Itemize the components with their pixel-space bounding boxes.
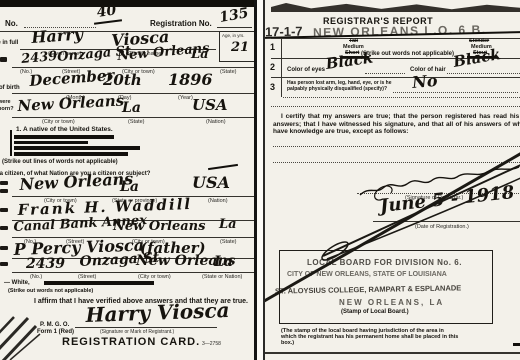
registrant-signature-line xyxy=(75,327,217,328)
card-title: REGISTRATION CARD. xyxy=(62,336,200,348)
citizenship-bracket xyxy=(10,130,12,156)
registration-date-caption: (Date of Registration.) xyxy=(415,224,469,230)
registration-date-value: June 5 - 1918 xyxy=(379,182,516,217)
row3-top-rule xyxy=(271,77,520,78)
father-birthplace-nation-value: USA xyxy=(192,173,230,192)
address-state-value: La xyxy=(191,47,209,62)
father-birthplace-label-fragment-2 xyxy=(0,189,8,193)
struck-option-1 xyxy=(14,135,114,139)
dob-day-value: 20th xyxy=(103,71,142,89)
board-stamp-line2: CITY OF NEW ORLEANS, STATE OF LOUISIANA xyxy=(287,271,447,278)
birthplace-line xyxy=(12,117,254,118)
relative-address-label-fragment xyxy=(0,262,8,266)
birthplace-nation-value: USA xyxy=(192,96,228,114)
row1-strike-note: (Strike out words not applicable) xyxy=(361,51,454,57)
edge-print-mark xyxy=(513,343,520,346)
form-label: Form 1 (Red) xyxy=(37,329,74,335)
employment-state-caption: (State) xyxy=(220,239,237,245)
address-line xyxy=(12,67,254,68)
relative-address-no-caption: (No.) xyxy=(30,274,42,280)
registration-no-line xyxy=(217,27,252,28)
birthplace-city-value: New Orleans xyxy=(17,91,124,115)
eyes-answer-line xyxy=(365,73,405,74)
eyes-label: Color of eyes xyxy=(287,67,325,73)
scan-edge-bar xyxy=(0,0,254,7)
board-stamp-line4: NEW ORLEANS, LA xyxy=(339,298,444,307)
address-state-caption: (State) xyxy=(220,69,237,75)
certification-text: I certify that my answers are true; that… xyxy=(273,113,520,136)
hair-value: Black xyxy=(452,45,502,71)
dob-line xyxy=(12,93,254,94)
struck-option-2 xyxy=(14,141,88,144)
board-stamp-note: (The stamp of the local board having jur… xyxy=(281,328,459,346)
registration-date-line xyxy=(373,221,520,222)
relative-address-state-value: La xyxy=(214,254,233,270)
torn-edge-strip xyxy=(271,3,520,12)
born-field-label-fragment-1: were xyxy=(0,99,11,105)
dob-field-label-fragment: e of birth xyxy=(0,85,20,91)
age-label: Age, in yrs. xyxy=(222,33,245,38)
relative-address-line xyxy=(12,272,254,273)
board-stamp-line1: LOCAL BOARD FOR DIVISION No. 6. xyxy=(307,258,462,267)
row3-number: 3 xyxy=(270,82,275,92)
given-name-value: Harry xyxy=(31,24,84,47)
employment-state-value: La xyxy=(219,217,237,232)
citizen-question-answer-dash xyxy=(208,164,238,170)
registration-card: No. 40 Registration No. 135 me in full H… xyxy=(0,0,257,360)
bottom-rule xyxy=(265,352,520,354)
citizenship-strike-note: (Strike out lines of words not applicabl… xyxy=(2,159,118,165)
birthplace-city-caption: (City or town) xyxy=(42,119,75,125)
except-line-2 xyxy=(273,162,520,163)
relative-address-no-value: 2439 xyxy=(26,256,65,272)
registrars-report: REGISTRAR'S REPORT 17-1-7 NEW ORLEANS L.… xyxy=(263,0,520,360)
employment-place-label-fragment xyxy=(0,226,8,230)
birthplace-state-value: La xyxy=(122,100,141,116)
section-dotted-rule xyxy=(271,106,520,107)
race-struck-options xyxy=(44,281,154,285)
address-no-value: 2439 xyxy=(21,49,58,67)
relative-address-street-caption: (Street) xyxy=(78,274,96,280)
race-white-option: — White, xyxy=(4,280,30,286)
birthplace-nation-caption: (Nation) xyxy=(206,119,226,125)
registrant-signature: Harry Viosca xyxy=(85,298,230,327)
employer-label-fragment xyxy=(0,208,8,212)
citizenship-native-option: 1. A native of the United States. xyxy=(16,126,113,133)
dob-month-value: December xyxy=(29,66,115,90)
serial-no-value: 40 xyxy=(96,2,118,21)
eyes-value: Black xyxy=(324,49,374,73)
print-code: 3—2758 xyxy=(202,341,221,347)
disqualified-question-line2: palpably physically disqualified (specif… xyxy=(287,86,387,92)
birthplace-state-caption: (State) xyxy=(128,119,145,125)
disqualified-answer: No xyxy=(411,71,438,92)
row3-bottom-rule xyxy=(283,97,520,98)
registration-no-value: 135 xyxy=(218,5,250,26)
row1-number: 1 xyxy=(270,42,275,52)
struck-option-3 xyxy=(14,146,140,150)
number-column-rule xyxy=(281,38,282,97)
hair-answer-line xyxy=(447,73,520,74)
race-strike-note: (Strike out words not applicable) xyxy=(8,288,93,294)
relative-label-fragment xyxy=(0,246,8,250)
age-value: 21 xyxy=(231,40,249,55)
name-field-label-fragment: me in full xyxy=(0,40,18,46)
dob-year-value: 1896 xyxy=(168,70,213,89)
father-birthplace-label-fragment xyxy=(0,181,8,185)
father-birthplace-nation-caption: (Nation) xyxy=(208,198,228,204)
disqualified-answer-line xyxy=(393,92,518,93)
struck-option-4 xyxy=(14,152,128,156)
except-line-1 xyxy=(273,146,520,147)
serial-no-label: No. xyxy=(5,19,18,28)
born-field-label-fragment-2: born? xyxy=(0,106,14,112)
dob-year-caption: (Year) xyxy=(178,95,193,101)
pmgo-label: P. M. G. O. xyxy=(40,322,69,328)
address-field-label-fragment xyxy=(0,57,7,62)
employment-city-value: New Orleans xyxy=(113,219,205,234)
relative-address-state-caption: (State or Nation) xyxy=(202,274,242,280)
registrant-signature-caption: (Signature or Mark of Registrant.) xyxy=(100,329,174,335)
father-birthplace-state-value: La xyxy=(120,179,139,195)
board-stamp-caption: (Stamp of Local Board.) xyxy=(341,309,409,315)
draft-registration-card-scan: No. 40 Registration No. 135 me in full H… xyxy=(0,0,520,360)
relative-address-city-caption: (City or town) xyxy=(138,274,171,280)
row2-number: 2 xyxy=(270,62,275,72)
